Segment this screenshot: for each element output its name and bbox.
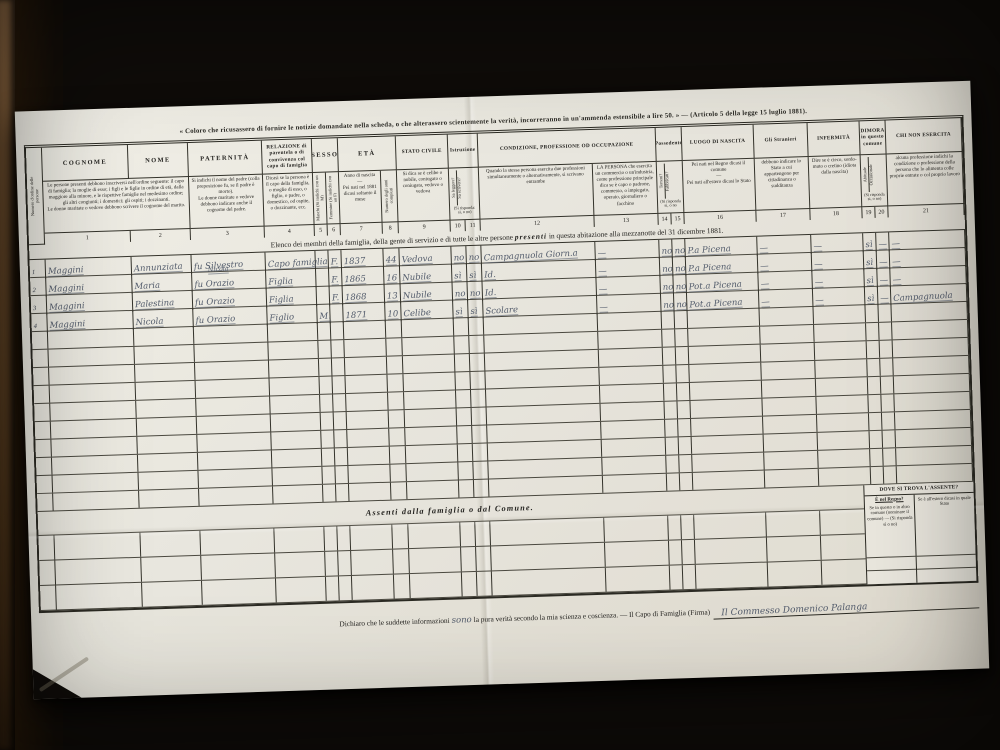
cell-fabbricati <box>679 454 693 471</box>
cell-fabbricati: no <box>674 292 688 312</box>
cell-scrivere <box>470 371 486 388</box>
cell-n <box>36 457 53 475</box>
cell-infermita <box>816 395 869 414</box>
cell-cognome <box>51 418 138 438</box>
col-number-20: 20 <box>875 206 888 217</box>
cell-f <box>332 358 346 375</box>
census-sheet: « Coloro che ricusassero di fornire le n… <box>15 81 989 700</box>
cell-n: 4 <box>31 313 48 333</box>
cell-paternita <box>197 432 272 451</box>
col-number-13: 13 <box>594 214 658 227</box>
cell-anno <box>348 464 391 482</box>
cell-anni <box>390 464 407 482</box>
cell-fabbricati: no <box>672 239 686 259</box>
cell-scrivere: sì <box>468 299 484 319</box>
cell-stato <box>403 372 456 391</box>
cell-n <box>33 367 50 385</box>
col-header-infermita: INFERMITÀ <box>808 121 861 157</box>
cell-luogo <box>688 308 761 327</box>
cell-stato <box>405 426 458 445</box>
cell-paternita <box>196 396 271 415</box>
col-number-4: 4 <box>265 225 315 238</box>
cell-relazione <box>276 576 327 602</box>
cell-chi <box>897 463 974 482</box>
cell-anno <box>344 338 387 356</box>
cell-nome <box>140 530 201 556</box>
cell-fabbricati <box>676 364 690 381</box>
cell-persona <box>598 329 663 348</box>
cell-terreni: no <box>660 275 674 295</box>
cell-fabbricati <box>679 436 693 453</box>
cell-persona <box>598 311 663 330</box>
cell-n <box>39 560 56 585</box>
cell-anni: 13 <box>385 284 402 304</box>
cell-relazione <box>275 551 326 577</box>
cell-anno <box>345 356 388 374</box>
cell-condizione <box>492 567 607 595</box>
cell-infermita <box>818 431 871 450</box>
cell-chi <box>893 355 970 374</box>
cell-anno <box>348 446 391 464</box>
cell-nome <box>142 580 203 606</box>
cell-occasionale <box>878 304 892 321</box>
cell-anni <box>386 320 403 338</box>
paternita-correction-note: Nicola <box>208 265 229 273</box>
cell-m <box>318 340 332 357</box>
cell-stato <box>406 462 459 481</box>
cell-leggere <box>455 372 471 389</box>
ruled-line <box>917 567 976 582</box>
cell-luogo <box>693 470 766 489</box>
cell-terreni <box>669 540 683 564</box>
cell-f <box>334 412 348 429</box>
cell-relazione <box>271 412 322 431</box>
col-number-18: 18 <box>810 207 862 220</box>
col-number-9: 9 <box>399 221 451 234</box>
cell-leggere: no <box>452 282 468 302</box>
cell-f <box>333 394 347 411</box>
cell-fabbricati <box>676 346 690 363</box>
sa-leggere-vertical: Sa leggere? <box>451 178 456 199</box>
cell-anno <box>349 482 392 500</box>
anni-compiuti-vertical: Numero degli anni compiuti <box>384 172 395 219</box>
cell-fabbricati <box>678 418 692 435</box>
cell-anni <box>388 392 405 410</box>
cell-anni <box>390 446 407 464</box>
cell-anni <box>386 338 403 356</box>
cell-stranieri <box>765 468 820 487</box>
cell-cognome <box>48 346 135 366</box>
cell-abituale <box>866 322 880 339</box>
declaration-post: la pura verità secondo la mia scienza e … <box>474 607 711 624</box>
cell-anni: 16 <box>384 266 401 286</box>
cell-abituale <box>865 304 879 321</box>
cell-f: F. <box>329 268 343 288</box>
cell-n <box>38 535 55 560</box>
cell-stranieri <box>766 510 821 536</box>
cell-occasionale: — <box>876 232 890 252</box>
cell-anni <box>387 356 404 374</box>
col-header-istruzione: Istruzione <box>448 134 479 169</box>
col-number-6: 6 <box>328 224 341 235</box>
cell-abituale: sì <box>864 250 878 270</box>
col-header-possedente: Possedente <box>656 127 683 162</box>
dove-box-estero-column: Se è all'estero dicasi in quale Stato <box>915 492 977 582</box>
cell-abituale <box>870 448 884 465</box>
cell-m <box>324 526 338 550</box>
cell-f: F. <box>328 250 342 270</box>
cell-chi <box>895 427 972 446</box>
cell-luogo <box>692 452 765 471</box>
desc-chi-non-esercita: alcuna professione indichi la condizione… <box>887 152 965 206</box>
cell-infermita <box>819 467 872 486</box>
cell-persona <box>606 565 671 591</box>
sesso-maschi-vertical: Maschi (Si indichi con un M) <box>315 175 325 222</box>
occasionale-vertical: Occasionale <box>869 164 875 186</box>
cell-f <box>331 340 345 357</box>
cell-occasionale: — <box>877 250 891 270</box>
cell-f <box>332 376 346 393</box>
cell-fabbricati <box>675 328 689 345</box>
cell-chi <box>894 373 971 392</box>
col-header-sesso: SESSO <box>312 138 339 173</box>
cell-occasionale <box>884 466 898 483</box>
cell-scrivere <box>469 317 485 334</box>
cell-cognome <box>56 582 143 609</box>
cell-m <box>319 358 333 375</box>
cell-leggere <box>462 571 478 595</box>
dove-assente-box: DOVE SI TROVA L'ASSENTE? È nel Regno?Se … <box>863 481 976 583</box>
col-number-2: 2 <box>131 229 191 242</box>
cell-infermita <box>816 377 869 396</box>
cell-n: 3 <box>31 295 48 315</box>
col-number-7: 7 <box>341 223 383 235</box>
cell-leggere <box>459 479 475 496</box>
cell-paternita <box>198 450 273 469</box>
cell-paternita <box>201 553 276 579</box>
cell-f <box>330 304 344 324</box>
desc-anni-compiuti: Numero degli anni compiuti <box>381 170 399 222</box>
cell-stranieri <box>768 560 823 586</box>
cell-f <box>331 322 345 339</box>
cell-stranieri <box>762 396 817 415</box>
cell-stato <box>404 390 457 409</box>
cell-relazione <box>272 466 323 485</box>
cell-anno <box>346 392 389 410</box>
cell-n <box>34 403 51 421</box>
cell-m <box>321 412 335 429</box>
cell-persona <box>600 401 665 420</box>
census-table: Numero d'ordine delle persone COGNOME NO… <box>24 115 979 613</box>
cell-occasionale <box>882 412 896 429</box>
col-number-11: 11 <box>465 220 480 231</box>
cell-anni: 44 <box>383 248 400 268</box>
cell-m <box>322 448 336 465</box>
desc-paternita: Si indichi il nome del padre (colla prep… <box>189 175 265 229</box>
cell-paternita <box>194 324 269 343</box>
col-number-8: 8 <box>383 222 399 234</box>
cell-anno <box>350 524 393 549</box>
cell-nome <box>137 434 198 453</box>
cell-stranieri <box>760 324 815 343</box>
cell-anni <box>389 410 406 428</box>
cell-abituale <box>871 466 885 483</box>
cell-fabbricati <box>683 564 697 588</box>
cell-occasionale <box>880 340 894 357</box>
cell-leggere <box>458 443 474 460</box>
cell-m <box>315 250 329 270</box>
cell-chi <box>895 409 972 428</box>
cell-stato <box>407 480 460 499</box>
cell-nome <box>134 326 195 345</box>
cell-abituale <box>870 430 884 447</box>
cell-fabbricati: no <box>673 256 687 276</box>
cell-stato <box>405 408 458 427</box>
col-number-17: 17 <box>756 209 810 222</box>
cell-n <box>34 385 51 403</box>
cell-paternita <box>195 360 270 379</box>
cell-m <box>320 394 334 411</box>
col-header-relazione: RELAZIONE di parentela o di convivenza c… <box>262 139 313 175</box>
col-header-nome: NOME <box>128 143 189 179</box>
cell-fabbricati: no <box>673 274 687 294</box>
dimora-note: (Si risponda sì, o no) <box>864 191 885 204</box>
cell-terreni <box>663 347 677 364</box>
cell-luogo <box>689 344 762 363</box>
cell-terreni: no <box>660 257 674 277</box>
istruzione-note: (Si risponda: sì, o no) <box>452 204 477 217</box>
cell-scrivere: sì <box>467 263 483 283</box>
cell-cognome <box>49 364 136 384</box>
cell-stranieri <box>764 432 819 451</box>
col-header-stato-civile: STATO CIVILE <box>396 135 449 171</box>
cell-abituale: sì <box>864 268 878 288</box>
cell-terreni <box>662 311 676 328</box>
cell-leggere <box>458 461 474 478</box>
cell-m <box>318 322 332 339</box>
cell-paternita <box>199 486 274 505</box>
sesso-femmine-vertical: Femmine (Si indichi con un F) <box>328 174 338 221</box>
cell-m: M. <box>317 304 331 324</box>
cell-persona <box>602 437 667 456</box>
cell-stato <box>402 336 455 355</box>
cell-relazione <box>269 376 320 395</box>
cell-anno <box>351 549 394 574</box>
cell-anno <box>347 410 390 428</box>
desc-possedente: Terreni? Fabbricati? (Si risponda sì, o … <box>657 161 685 214</box>
cell-chi <box>893 337 970 356</box>
cell-persona <box>603 473 668 492</box>
desc-condizione-13: LA PERSONA che esercita un commercio o u… <box>593 162 659 216</box>
cell-persona <box>602 455 667 474</box>
cell-leggere <box>457 407 473 424</box>
cell-infermita <box>815 341 868 360</box>
cell-terreni <box>662 329 676 346</box>
cell-paternita <box>197 414 272 433</box>
cell-luogo <box>689 362 762 381</box>
cell-luogo <box>688 326 761 345</box>
cell-m <box>316 268 330 288</box>
cell-anni: 10 <box>385 302 402 322</box>
col-number-5: 5 <box>315 225 328 236</box>
cell-persona <box>599 347 664 366</box>
cell-cognome <box>51 436 138 456</box>
cell-nome <box>138 470 199 489</box>
presenti-rows: 1MagginiAnnunziatafu SilvestroCapo famig… <box>30 229 974 511</box>
possedente-note: (Si risponda sì, o no <box>660 198 681 211</box>
cell-abituale <box>867 340 881 357</box>
cell-abituale <box>868 394 882 411</box>
cell-relazione <box>268 340 319 359</box>
desc-relazione: Dicasi se la persona è il capo della fam… <box>263 173 315 227</box>
cell-terreni <box>668 515 682 539</box>
cell-terreni <box>670 565 684 589</box>
cell-relazione <box>270 394 321 413</box>
cell-leggere <box>456 390 472 407</box>
cell-m <box>317 286 331 306</box>
sa-scrivere-vertical: Sa scrivere? <box>457 177 463 198</box>
cell-persona <box>600 383 665 402</box>
cell-abituale: sì <box>863 232 877 252</box>
cell-stato <box>408 522 461 548</box>
cell-infermita <box>815 359 868 378</box>
cell-occasionale <box>880 358 894 375</box>
cell-f <box>335 465 349 482</box>
cell-paternita <box>198 468 273 487</box>
cell-nome <box>137 416 198 435</box>
col-header-condizione: CONDIZIONE, PROFESSIONE OD OCCUPAZIONE <box>478 128 657 168</box>
col-number-10: 10 <box>451 220 466 231</box>
cell-anno <box>352 574 395 599</box>
cell-occasionale <box>882 430 896 447</box>
col-number-15: 15 <box>671 213 684 224</box>
desc-stato-civile: Si dica se è celibe o nubile, coniugato … <box>397 169 451 223</box>
terreni-vertical: Terreni? <box>659 174 664 189</box>
cell-paternita <box>200 528 275 554</box>
cell-leggere <box>454 336 470 353</box>
cell-infermita <box>818 449 871 468</box>
cell-fabbricati <box>675 310 689 327</box>
cell-f <box>337 525 351 549</box>
col-number-19: 19 <box>862 207 875 218</box>
cell-occasionale <box>883 448 897 465</box>
cell-cognome <box>55 557 142 584</box>
cell-abituale <box>868 376 882 393</box>
cell-fabbricati <box>677 382 691 399</box>
cell-terreni <box>665 419 679 436</box>
cell-leggere: no <box>451 246 467 266</box>
cell-persona <box>599 365 664 384</box>
col-header-stranieri: Gli Stranieri <box>754 123 809 159</box>
cell-persona <box>604 515 669 541</box>
cell-luogo <box>691 416 764 435</box>
cell-stranieri <box>761 360 816 379</box>
cell-cognome <box>54 532 141 559</box>
cell-f <box>335 448 349 465</box>
cell-m <box>322 466 336 483</box>
cell-infermita <box>817 413 870 432</box>
cell-luogo <box>692 434 765 453</box>
cell-scrivere <box>473 461 489 478</box>
cell-paternita <box>196 378 271 397</box>
regno-desc: Se in questo o in altro comune (nominare… <box>867 504 912 527</box>
cell-m <box>319 376 333 393</box>
cell-paternita <box>202 578 277 604</box>
cell-scrivere: no <box>467 281 483 301</box>
cell-stato <box>410 572 463 598</box>
cell-relazione <box>273 484 324 503</box>
cell-nome <box>136 380 197 399</box>
cell-anni <box>393 549 410 574</box>
cell-scrivere: no <box>466 245 482 265</box>
cell-cognome <box>50 400 137 420</box>
declaration-pre: Dichiaro che le suddette informazioni <box>339 615 449 628</box>
cell-terreni: no <box>659 239 673 259</box>
cell-scrivere <box>472 425 488 442</box>
cell-m <box>323 484 337 501</box>
desc-cognome-nome: Le persone presenti debbono inscriversi … <box>43 177 191 234</box>
cell-condizione <box>490 517 605 545</box>
cell-nome <box>135 362 196 381</box>
cell-terreni <box>664 383 678 400</box>
declaration-handwritten-word: sono <box>451 615 471 626</box>
cell-nome <box>138 452 199 471</box>
cell-cognome <box>53 472 140 492</box>
cell-leggere <box>454 318 470 335</box>
subtitle-presenti: presenti <box>515 231 548 241</box>
desc-infermita: Dire se è cieco, sordo-muto o cretino (i… <box>809 155 863 209</box>
cell-f <box>334 430 348 447</box>
cell-luogo <box>694 512 767 538</box>
cell-stato <box>403 354 456 373</box>
cell-nome <box>136 398 197 417</box>
cell-cognome <box>50 382 137 402</box>
row-number-vertical-label: Numero d'ordine delle persone <box>29 171 40 221</box>
cell-nome <box>134 344 195 363</box>
cell-m <box>325 551 339 575</box>
col-header-cognome: COGNOME <box>42 145 129 182</box>
desc-anno-nascita: Anno di nascita — Pei nati nel 1881 dica… <box>339 171 383 224</box>
cell-anno <box>345 374 388 392</box>
cell-n <box>37 475 54 493</box>
cell-anni <box>389 428 406 446</box>
cell-f <box>339 575 353 599</box>
cell-f: F. <box>330 286 344 306</box>
cell-stranieri <box>764 450 819 469</box>
col-header-paternita: PATERNITÀ <box>188 141 263 177</box>
cell-luogo <box>696 562 769 588</box>
cell-terreni <box>667 473 681 490</box>
cell-nome <box>139 488 200 507</box>
cell-terreni <box>663 365 677 382</box>
cell-persona <box>605 540 670 566</box>
table-wood-edge <box>0 0 15 750</box>
cell-relazione <box>272 448 323 467</box>
cell-terreni: no <box>661 293 675 313</box>
cell-n <box>32 349 49 367</box>
fabbricati-vertical: Fabbricati? <box>665 171 670 191</box>
cell-n <box>35 421 52 439</box>
cell-scrivere <box>470 353 486 370</box>
cell-leggere <box>460 521 476 545</box>
cell-relazione <box>274 526 325 552</box>
cell-occasionale <box>881 394 895 411</box>
cell-stranieri <box>767 535 822 561</box>
cell-stato <box>409 547 462 573</box>
cell-scrivere <box>477 571 493 595</box>
cell-luogo <box>690 398 763 417</box>
cell-scrivere <box>472 407 488 424</box>
